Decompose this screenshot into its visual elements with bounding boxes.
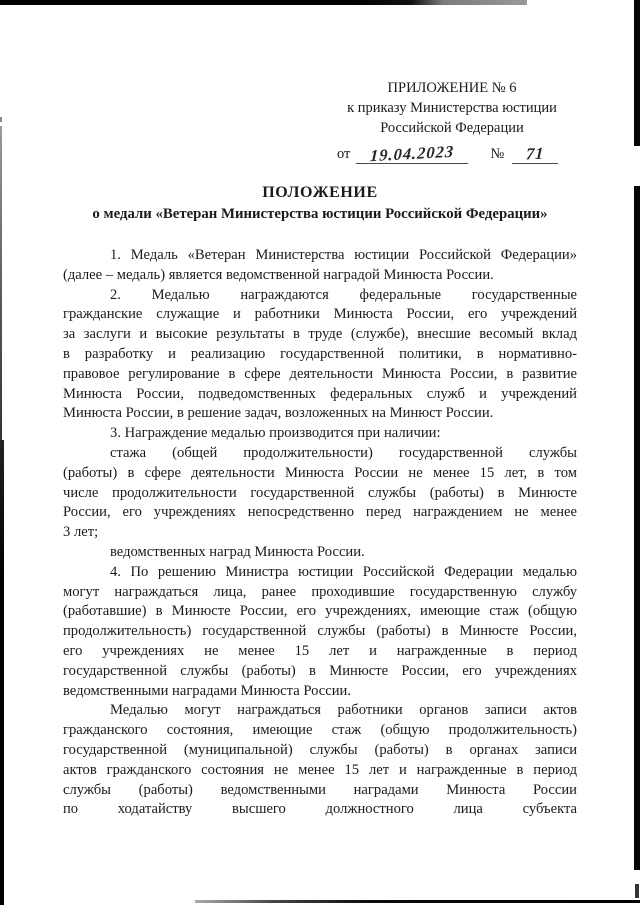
text-line-p7-6: по ходатайству высшего должностного лица… bbox=[63, 800, 577, 820]
text-line-p6-1: 4. По решению Министра юстиции Российско… bbox=[63, 563, 577, 583]
text-line-p4-3: числе продолжительности государственной … bbox=[63, 484, 577, 504]
text-line-p6-3: (работавшие) в Минюсте России, его учреж… bbox=[63, 602, 577, 622]
scan-artifact-left-line bbox=[0, 126, 2, 440]
document-title: ПОЛОЖЕНИЕ bbox=[63, 184, 577, 202]
text-line-p4-5: 3 лет; bbox=[63, 523, 577, 543]
text-line-p4-2: (работы) в сфере деятельности Минюста Ро… bbox=[63, 464, 577, 484]
document-subtitle: о медали «Ветеран Министерства юстиции Р… bbox=[63, 206, 577, 223]
text-line-p1-2: (далее – медаль) является ведомственной … bbox=[63, 266, 577, 286]
text-line-p4-1: стажа (общей продолжительности) государс… bbox=[63, 444, 577, 464]
appendix-number-line: ПРИЛОЖЕНИЕ № 6 bbox=[337, 78, 567, 98]
text-line-p5-1: ведомственных наград Минюста России. bbox=[63, 543, 577, 563]
text-line-p2-6: Минюста России, подведомственных федерал… bbox=[63, 385, 577, 405]
order-number-blank: 71 bbox=[512, 143, 558, 164]
handwritten-date: 19.04.2023 bbox=[370, 142, 455, 166]
text-line-p3-1: 3. Награждение медалью производится при … bbox=[63, 424, 577, 444]
text-line-p2-1: 2. Медалью награждаются федеральные госу… bbox=[63, 286, 577, 306]
scan-artifact-right-bar-tail bbox=[635, 884, 639, 898]
appendix-header: ПРИЛОЖЕНИЕ № 6 к приказу Министерства юс… bbox=[337, 78, 567, 164]
scan-artifact-left-line-thick bbox=[0, 440, 4, 905]
text-line-p2-4: в разработку и реализацию государственно… bbox=[63, 345, 577, 365]
scan-artifact-bottom-line bbox=[195, 900, 640, 903]
text-line-p2-7: Минюста России, в решение задач, возложе… bbox=[63, 404, 577, 424]
text-line-p6-2: могут награждаться лица, ранее проходивш… bbox=[63, 583, 577, 603]
text-line-p6-7: ведомственными наградами Минюста России. bbox=[63, 682, 577, 702]
text-line-p7-1: Медалью могут награждаться работники орг… bbox=[63, 701, 577, 721]
scanned-document-page: ПРИЛОЖЕНИЕ № 6 к приказу Министерства юс… bbox=[0, 0, 640, 905]
scan-artifact-left-dot bbox=[0, 117, 2, 122]
text-line-p6-6: государственной службы (работы) в Минюст… bbox=[63, 662, 577, 682]
text-line-p2-2: гражданские служащие и работники Минюста… bbox=[63, 305, 577, 325]
text-line-p7-4: актов гражданского состояния не менее 15… bbox=[63, 761, 577, 781]
text-line-p7-3: государственной (муниципальной) службы (… bbox=[63, 741, 577, 761]
text-line-p7-2: гражданского состояния, имеющие стаж (об… bbox=[63, 721, 577, 741]
text-line-p7-5: службы (работы) ведомственными наградами… bbox=[63, 781, 577, 801]
text-line-p1-1: 1. Медаль «Ветеран Министерства юстиции … bbox=[63, 246, 577, 266]
text-line-p2-3: за заслуги и высокие результаты в труде … bbox=[63, 325, 577, 345]
document-body: 1. Медаль «Ветеран Министерства юстиции … bbox=[63, 246, 577, 820]
appendix-federation-line: Российской Федерации bbox=[337, 118, 567, 138]
from-label: от bbox=[337, 144, 350, 164]
text-line-p4-4: России, его учреждениях непосредственно … bbox=[63, 503, 577, 523]
scan-artifact-right-bar bbox=[634, 186, 640, 870]
text-line-p6-4: продолжительность) государственной служб… bbox=[63, 622, 577, 642]
scan-artifact-top-bar bbox=[0, 0, 527, 5]
scan-artifact-right-bar-top bbox=[634, 0, 640, 146]
text-line-p6-5: его учреждениях не менее 15 лет и награж… bbox=[63, 642, 577, 662]
text-line-p2-5: правовое регулирование в сфере деятельно… bbox=[63, 365, 577, 385]
order-date-number-row: от 19.04.2023 № 71 bbox=[337, 140, 567, 164]
number-sign-label: № bbox=[490, 144, 504, 164]
handwritten-number: 71 bbox=[525, 143, 545, 164]
order-date-blank: 19.04.2023 bbox=[356, 143, 468, 164]
appendix-order-line: к приказу Министерства юстиции bbox=[337, 98, 567, 118]
